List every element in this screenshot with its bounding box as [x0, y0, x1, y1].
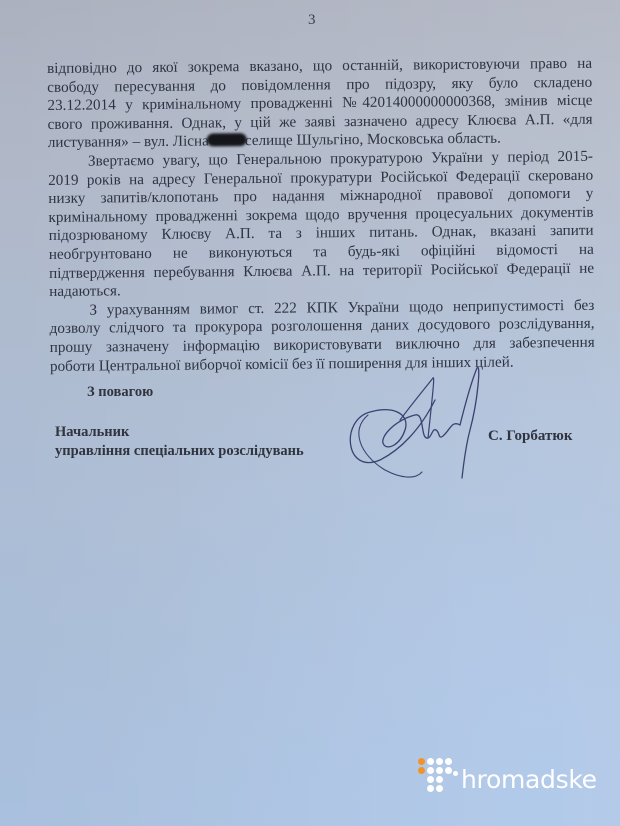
hromadske-logo-icon [418, 757, 462, 797]
page-number: 3 [308, 12, 316, 29]
redaction-mark [207, 133, 247, 146]
letter-body: відповідно до якої зокрема вказано, що о… [47, 55, 595, 376]
hromadske-watermark: hromadske [418, 757, 597, 797]
signer-position: Начальник управління спеціальних розслід… [55, 423, 304, 461]
position-line-2: управління спеціальних розслідувань [55, 442, 304, 461]
position-line-1: Начальник [55, 423, 304, 442]
signer-name: С. Горбатюк [488, 428, 573, 445]
closing-salutation: З повагою [87, 384, 153, 401]
address-text-after: селище Шульгіно, Московська область. [245, 130, 501, 149]
address-text-before: листування» – вул. Лісна [48, 133, 209, 152]
hromadske-logo-text: hromadske [461, 765, 597, 794]
